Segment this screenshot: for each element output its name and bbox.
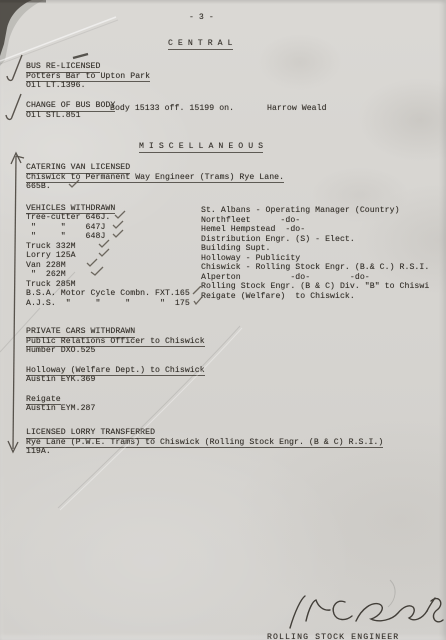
vehicle-allocation: Holloway - Publicity — [201, 254, 300, 264]
tick-mark-icon — [68, 179, 80, 188]
licensed-lorry-transferred-section: LICENSED LORRY TRANSFERRED Rye Lane (P.W… — [26, 421, 383, 450]
vehicle-allocation: Distribution Engr. (S) - Elect. — [201, 235, 355, 245]
licensed-lorry-vehicle: 119A. — [26, 447, 51, 457]
page-top-edge-shadow — [0, 0, 46, 3]
change-of-bus-body-section: CHANGE OF BUS BODY Oil STL.851 Body 1513… — [26, 94, 115, 113]
vehicle-row: A.J.S. " " " " 175 Reigate (Welfare) to … — [26, 292, 203, 302]
bus-relicensed-section: BUS RE-LICENSED Potters Bar to Upton Par… — [26, 55, 150, 84]
change-vehicle: Oil STL.851 — [26, 111, 81, 121]
margin-tick-icon — [7, 55, 22, 80]
vehicle-allocation: Northfleet -do- — [201, 216, 300, 226]
page-number: - 3 - — [189, 13, 214, 23]
bus-relicensed-vehicle: Oil LT.1396. — [26, 81, 86, 91]
vehicle-row: Truck 332M Distribution Engr. (S) - Elec… — [26, 235, 203, 245]
margin-span-arrow — [8, 153, 24, 452]
vehicle-row: " " 648J Hemel Hempstead -do- — [26, 225, 203, 235]
vehicle-allocation: St. Albans - Operating Manager (Country) — [201, 206, 400, 216]
vehicle-allocation: Rolling Stock Engr. (B & C) Div. "B" to … — [201, 282, 429, 292]
change-detail: Body 15133 off. 15199 on. — [110, 104, 234, 114]
vehicle-row: " " 647J Northfleet -do- — [26, 216, 203, 226]
vehicle-allocation: Building Supt. — [201, 244, 271, 254]
vehicle-row: Truck 285M Alperton -do- -do- — [26, 273, 203, 283]
private-car-entry: Reigate Austin EYM.287 — [26, 388, 96, 407]
vehicles-withdrawn-section: VEHICLES WITHDRAWN Tree-cutter 646J. St.… — [26, 197, 203, 302]
vehicle-allocation: Reigate (Welfare) to Chiswick. — [201, 292, 355, 302]
catering-van-vehicle: 665B. — [26, 182, 51, 192]
page-corner-fold — [0, 0, 32, 56]
signatory-role: ROLLING STOCK ENGINEER — [267, 633, 399, 640]
vehicle-row: Van 228M Holloway - Publicity — [26, 254, 203, 264]
central-section-title: C E N T R A L — [168, 39, 233, 50]
signature-flourish — [431, 599, 443, 622]
private-cars-withdrawn-section: PRIVATE CARS WITHDRAWN Public Relations … — [26, 320, 205, 349]
private-car-vehicle: Austin EYK.369 — [26, 375, 96, 385]
vehicle-row: Tree-cutter 646J. St. Albans - Operating… — [26, 206, 203, 216]
private-car-vehicle: Austin EYM.287 — [26, 404, 96, 414]
handwritten-signature — [290, 596, 443, 628]
miscellaneous-section-title: M I S C E L L A N E O U S — [139, 142, 263, 153]
crease-line — [388, 580, 395, 607]
private-car-vehicle: Humber DXO.525 — [26, 346, 96, 356]
private-car-entry: Holloway (Welfare Dept.) to Chiswick Aus… — [26, 359, 205, 378]
vehicle-allocation: Chiswick - Rolling Stock Engr. (B.& C.) … — [201, 263, 429, 273]
vehicle-row: Lorry 125A Building Supt. — [26, 244, 203, 254]
margin-tick-icon — [6, 94, 21, 119]
vehicle-row: " 262M Chiswick - Rolling Stock Engr. (B… — [26, 263, 203, 273]
vehicle-id: A.J.S. " " " " 175 — [26, 299, 190, 309]
change-location: Harrow Weald — [267, 104, 327, 114]
vehicle-allocation: Hemel Hempstead -do- — [201, 225, 305, 235]
document-page: - 3 - C E N T R A L BUS RE-LICENSED Pott… — [0, 0, 446, 640]
vehicle-row: B.S.A. Motor Cycle Combn. FXT.165 Rollin… — [26, 282, 203, 292]
catering-van-section: CATERING VAN LICENSED Chiswick to Perman… — [26, 156, 284, 185]
